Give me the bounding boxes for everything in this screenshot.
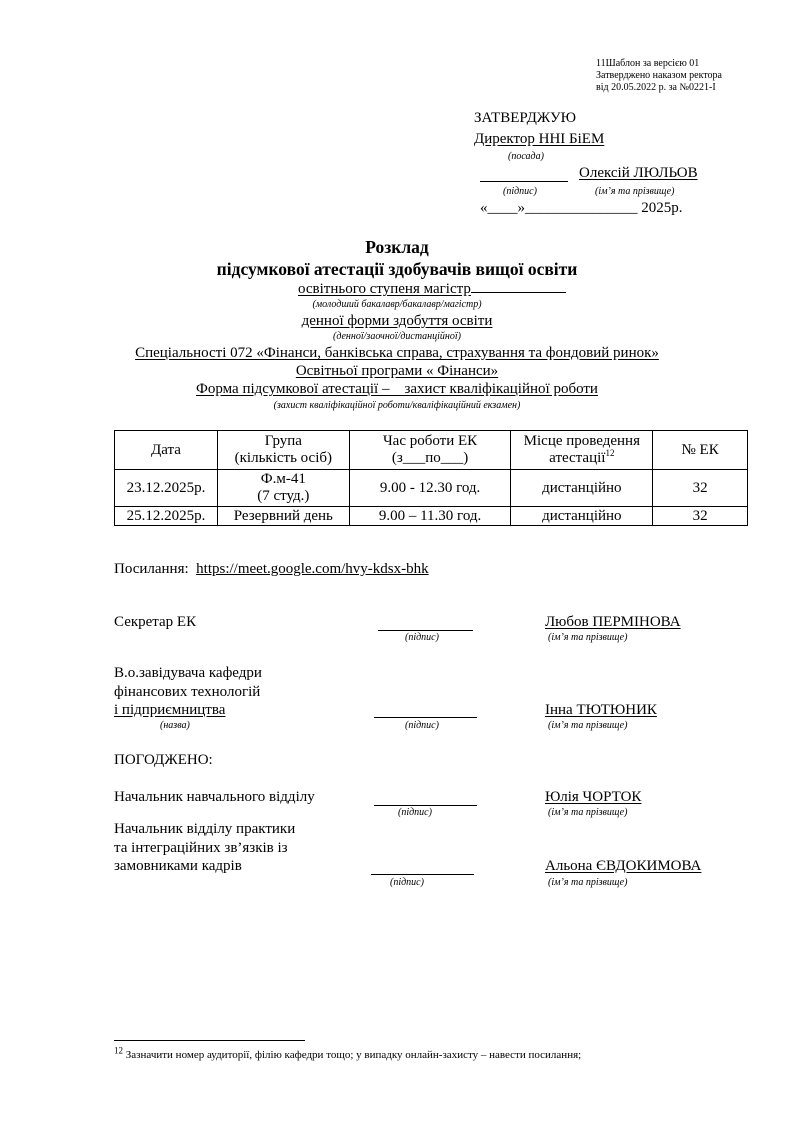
study-form: денної форми здобуття освіти: [0, 313, 794, 330]
header-time: Час роботи ЕК(з___по___): [349, 431, 511, 470]
attestation-caption: (захист кваліфікаційної роботи/кваліфіка…: [0, 400, 794, 411]
approver-name: Олексій ЛЮЛЬОВ: [579, 165, 698, 182]
cell-place: дистанційно: [511, 470, 653, 507]
cell-date: 25.12.2025р.: [115, 507, 218, 526]
degree-caption: (молодший бакалавр/бакалавр/магістр): [0, 299, 794, 310]
secretary-signature-line: [378, 630, 473, 631]
practice-dept-title-line1: Начальник відділу практики: [114, 821, 295, 838]
name-caption: (ім’я та прізвище): [548, 807, 627, 818]
head-signature-line: [374, 717, 477, 718]
footnote-text: Зазначити номер аудиторії, філію кафедри…: [126, 1049, 581, 1061]
head-title-line3: і підприємництва: [114, 702, 225, 719]
agreed-label: ПОГОДЖЕНО:: [114, 752, 213, 769]
meeting-link-row: Посилання: https://meet.google.com/hvy-k…: [114, 561, 429, 578]
approval-order-date: від 20.05.2022 р. за №0221-І: [596, 82, 716, 94]
secretary-title: Секретар ЕК: [114, 614, 196, 631]
cell-time: 9.00 - 12.30 год.: [349, 470, 511, 507]
header-ek-number: № ЕК: [653, 431, 748, 470]
approval-order: Затверджено наказом ректора: [596, 70, 722, 82]
edu-dept-name: Юлія ЧОРТОК: [545, 789, 641, 806]
department-caption: (назва): [160, 720, 190, 731]
approver-position: Директор ННІ БіЕМ: [474, 131, 604, 148]
approval-date-line: «____»_______________ 2025р.: [480, 200, 683, 217]
name-caption: (ім’я та прізвище): [548, 877, 627, 888]
header-place: Місце проведенняатестації12: [511, 431, 653, 470]
schedule-table: Дата Група(кількість осіб) Час роботи ЕК…: [114, 430, 748, 526]
practice-dept-title-line2: та інтеграційних зв’язків із: [114, 840, 288, 857]
practice-dept-signature-line: [371, 874, 474, 875]
cell-ek-number: 32: [653, 507, 748, 526]
name-caption: (ім’я та прізвище): [548, 720, 627, 731]
name-caption: (ім’я та прізвище): [595, 186, 674, 197]
cell-time: 9.00 – 11.30 год.: [349, 507, 511, 526]
study-form-caption: (денної/заочної/дистанційної): [0, 331, 794, 342]
practice-dept-name: Альона ЄВДОКИМОВА: [545, 858, 701, 875]
document-subtitle: підсумкової атестації здобувачів вищої о…: [0, 259, 794, 280]
name-caption: (ім’я та прізвище): [548, 632, 627, 643]
table-row: 23.12.2025р. Ф.м-41(7 студ.) 9.00 - 12.3…: [115, 470, 748, 507]
attestation-form: Форма підсумкової атестації – захист ква…: [0, 381, 794, 398]
cell-group: Резервний день: [217, 507, 349, 526]
table-header-row: Дата Група(кількість осіб) Час роботи ЕК…: [115, 431, 748, 470]
signature-caption: (підпис): [405, 720, 439, 731]
footnote-separator: [114, 1040, 305, 1041]
head-title-line1: В.о.завідувача кафедри: [114, 665, 262, 682]
cell-date: 23.12.2025р.: [115, 470, 218, 507]
degree-level: освітнього ступеня магістр: [298, 281, 566, 298]
cell-group: Ф.м-41(7 студ.): [217, 470, 349, 507]
header-date: Дата: [115, 431, 218, 470]
footnote-mark: 12: [114, 1045, 123, 1055]
cell-place: дистанційно: [511, 507, 653, 526]
signature-caption: (підпис): [503, 186, 537, 197]
approve-label: ЗАТВЕРДЖУЮ: [474, 110, 576, 127]
meeting-link-label: Посилання:: [114, 561, 189, 577]
cell-ek-number: 32: [653, 470, 748, 507]
educational-program: Освітньої програми « Фінанси»: [0, 363, 794, 380]
footnote: 12 Зазначити номер аудиторії, філію кафе…: [114, 1049, 581, 1061]
secretary-name: Любов ПЕРМІНОВА: [545, 614, 681, 631]
edu-dept-signature-line: [374, 805, 477, 806]
signature-caption: (підпис): [405, 632, 439, 643]
position-caption: (посада): [508, 151, 544, 162]
head-title-line2: фінансових технологій: [114, 684, 260, 701]
signature-caption: (підпис): [398, 807, 432, 818]
document-title: Розклад: [0, 237, 794, 258]
specialty: Спеціальності 072 «Фінанси, банківська с…: [0, 345, 794, 362]
edu-dept-title: Начальник навчального відділу: [114, 789, 315, 806]
approver-signature-line: [480, 181, 568, 182]
meeting-link[interactable]: https://meet.google.com/hvy-kdsx-bhk: [196, 561, 428, 577]
practice-dept-title-line3: замовниками кадрів: [114, 858, 242, 875]
template-version: 11Шаблон за версією 01: [596, 58, 699, 70]
head-name: Інна ТЮТЮНИК: [545, 702, 657, 719]
signature-caption: (підпис): [390, 877, 424, 888]
table-row: 25.12.2025р. Резервний день 9.00 – 11.30…: [115, 507, 748, 526]
header-group: Група(кількість осіб): [217, 431, 349, 470]
